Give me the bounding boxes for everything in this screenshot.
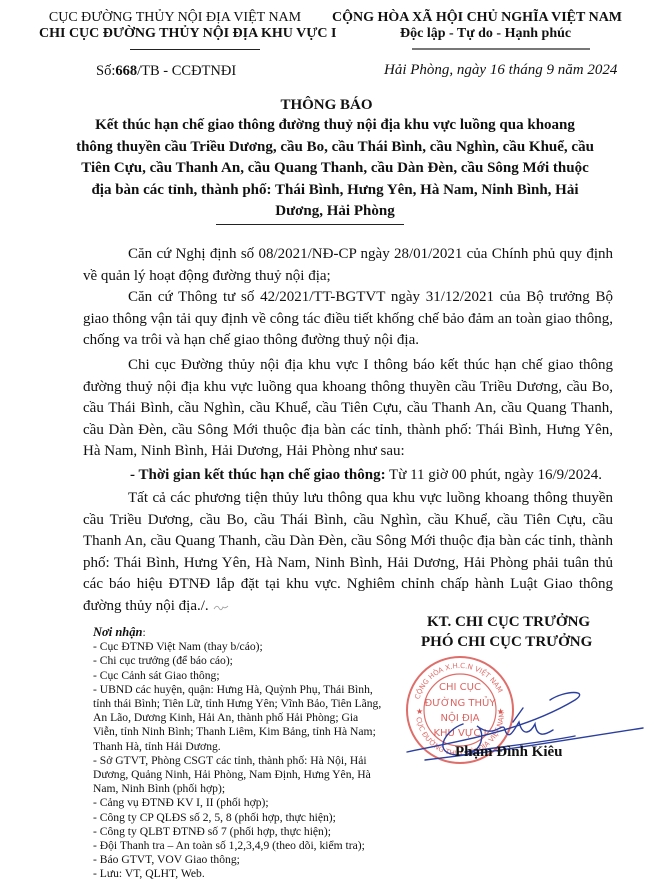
recipients-title: Nơi nhận: [93,625,383,640]
recipient-item: - Lưu: VT, QLHT, Web. [93,867,383,881]
issuing-agency: CHI CỤC ĐƯỜNG THỦY NỘI ĐỊA KHU VỰC I [39,26,310,42]
signature-block: KT. CHI CỤC TRƯỞNG PHÓ CHI CỤC TRƯỞNG [400,612,650,652]
document-type-title: THÔNG BÁO [0,97,653,114]
issuing-agency-block: CỤC ĐƯỜNG THỦY NỘI ĐỊA VIỆT NAM CHI CỤC … [40,9,310,42]
end-time-line: - Thời gian kết thúc hạn chế giao thông:… [83,465,613,486]
recipient-item: - Báo GTVT, VOV Giao thông; [93,853,383,867]
motto-underline [412,48,590,50]
document-subject: Kết thúc hạn chế giao thông đường thuỷ n… [75,115,595,223]
recipient-item: - Cục ĐTNĐ Việt Nam (thay b/cáo); [93,640,383,654]
compliance-paragraph: Tất cả các phương tiện thủy lưu thông qu… [83,488,613,618]
national-header: CỘNG HÒA XÃ HỘI CHỦ NGHĨA VIỆT NAM Độc l… [340,9,653,42]
recipient-item: - Công ty CP QLĐS số 2, 5, 8 (phối hợp, … [93,811,383,825]
agency-underline [130,49,260,50]
end-time-value: Từ 11 giờ 00 phút, ngày 16/9/2024. [386,467,602,483]
recipient-item: - Cảng vụ ĐTNĐ KV I, II (phối hợp); [93,796,383,810]
parent-agency: CỤC ĐƯỜNG THỦY NỘI ĐỊA VIỆT NAM [40,9,310,26]
recipient-item: - UBND các huyện, quận: Hưng Hà, Quỳnh P… [93,683,383,754]
recipients-title-text: Nơi nhận [93,625,142,639]
national-motto: Độc lập - Tự do - Hạnh phúc [400,26,653,42]
recipients-list: Nơi nhận: - Cục ĐTNĐ Việt Nam (thay b/cá… [93,625,383,882]
recipient-item: - Đội Thanh tra – An toàn số 1,2,3,4,9 (… [93,839,383,853]
signature-title-line1: KT. CHI CỤC TRƯỞNG [427,612,650,632]
document-number: Số:668/TB - CCĐTNĐI [96,63,236,80]
doc-number-value: 668 [115,63,137,79]
legal-basis-decree: Căn cứ Nghị định số 08/2021/NĐ-CP ngày 2… [83,244,613,287]
signature-title-line2: PHÓ CHI CỤC TRƯỞNG [421,632,650,652]
place-and-date: Hải Phòng, ngày 16 tháng 9 năm 2024 [384,62,617,79]
recipient-item: - Sở GTVT, Phòng CSGT các tỉnh, thành ph… [93,754,383,797]
recipient-item: - Công ty QLBT ĐTNĐ số 7 (phối hợp, thực… [93,825,383,839]
initial-mark-icon [213,603,229,611]
nation-name: CỘNG HÒA XÃ HỘI CHỦ NGHĨA VIỆT NAM [332,9,653,26]
recipient-item: - Cục Cảnh sát Giao thông; [93,669,383,683]
compliance-text: Tất cả các phương tiện thủy lưu thông qu… [83,490,613,614]
recipients-title-colon: : [142,626,145,639]
recipient-item: - Chi cục trưởng (để báo cáo); [93,654,383,668]
doc-number-prefix: Số: [96,63,115,79]
end-time-label: - Thời gian kết thúc hạn chế giao thông: [130,467,386,483]
legal-basis-circular: Căn cứ Thông tư số 42/2021/TT-BGTVT ngày… [83,287,613,352]
signer-name: Phạm Đình Kiêu [455,744,563,761]
announcement-paragraph: Chi cục Đường thủy nội địa khu vực I thô… [83,355,613,463]
subject-underline [216,224,404,225]
doc-number-suffix: /TB - CCĐTNĐI [137,63,236,79]
